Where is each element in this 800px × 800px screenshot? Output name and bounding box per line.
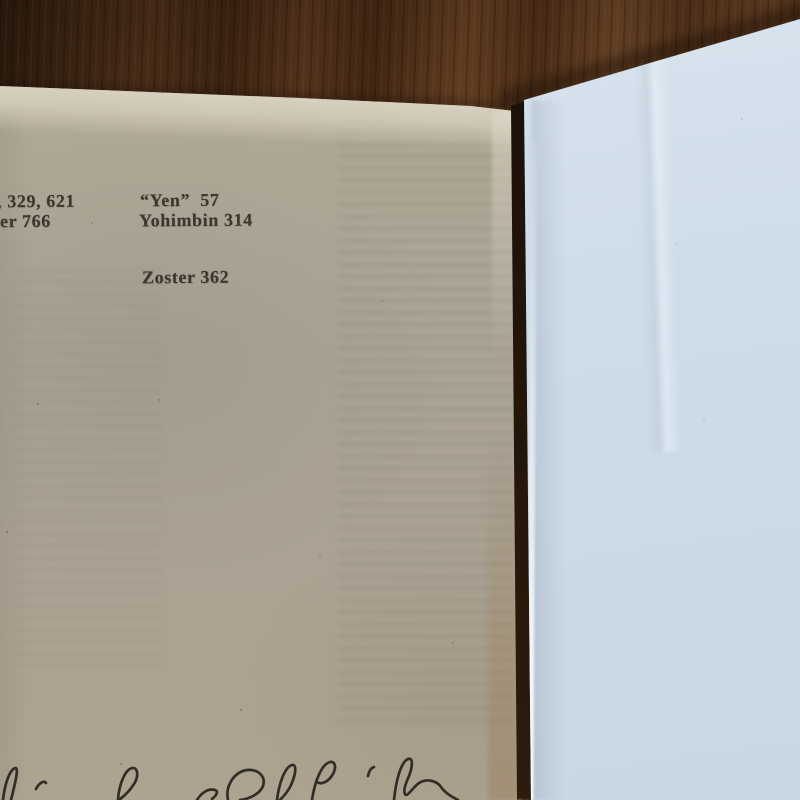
handwriting-stroke [3, 768, 17, 800]
handwriting-stroke [312, 762, 335, 800]
handwriting-stroke [118, 768, 137, 800]
handwriting-ink [0, 755, 460, 800]
index-entry-yohimbin: Yohimbin 314 [139, 210, 253, 232]
handwriting-stroke [394, 759, 458, 800]
handwriting-stroke [227, 770, 263, 800]
gutter-warm-shading [488, 430, 518, 800]
handwriting-stroke [368, 767, 374, 776]
index-entry-yen: “Yen” 57 [140, 190, 220, 212]
show-through-text-left [12, 268, 162, 668]
index-entry-zoster: Zoster 362 [142, 267, 229, 289]
show-through-text-column [338, 118, 512, 728]
paper-specks [0, 0, 2, 2]
index-entry-cutoff-329-621: , 329, 621 [0, 191, 75, 213]
index-entry-cutoff-766: er 766 [0, 211, 51, 232]
book-photo: , 329, 621 er 766 “Yen” 57 Yohimbin 314 … [0, 0, 800, 800]
handwriting-stroke [36, 782, 46, 789]
facing-page-crease [633, 22, 682, 453]
handwriting-stroke [197, 789, 217, 800]
handwriting-stroke [277, 765, 295, 800]
